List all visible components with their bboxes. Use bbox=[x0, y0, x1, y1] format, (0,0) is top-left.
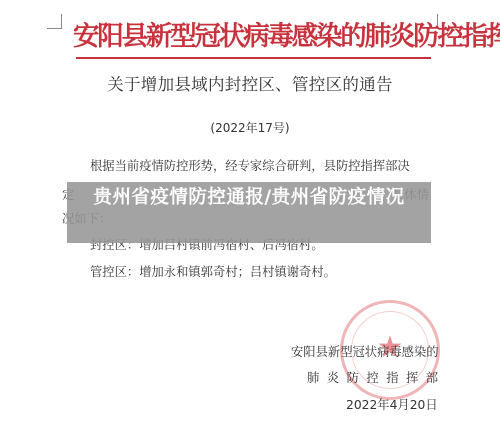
corner-mark-left bbox=[47, 14, 62, 29]
doc-number: (2022年17号) bbox=[0, 119, 500, 137]
signature-date: 2022年4月20日 bbox=[346, 396, 438, 414]
caption-overlay: 贵州省疫情防控通报/贵州省防疫情况 bbox=[67, 182, 431, 243]
paragraph-control-zone: 管控区：增加永和镇郭奇村；吕村镇谢奇村。 bbox=[90, 263, 336, 281]
red-header-rule bbox=[76, 57, 431, 59]
paragraph-intro: 根据当前疫情防控形势，经专家综合研判，县防控指挥部决 bbox=[90, 157, 410, 175]
signature-org-line2: 肺炎防控指挥部 bbox=[307, 369, 446, 387]
notice-title: 关于增加县域内封控区、管控区的通告 bbox=[0, 73, 500, 97]
org-header: 安阳县新型冠状病毒感染的肺炎防控指挥部 bbox=[73, 20, 433, 54]
signature-org-line1: 安阳县新型冠状病毒感染的 bbox=[291, 343, 439, 361]
caption-text: 贵州省疫情防控通报/贵州省防疫情况 bbox=[67, 186, 431, 209]
